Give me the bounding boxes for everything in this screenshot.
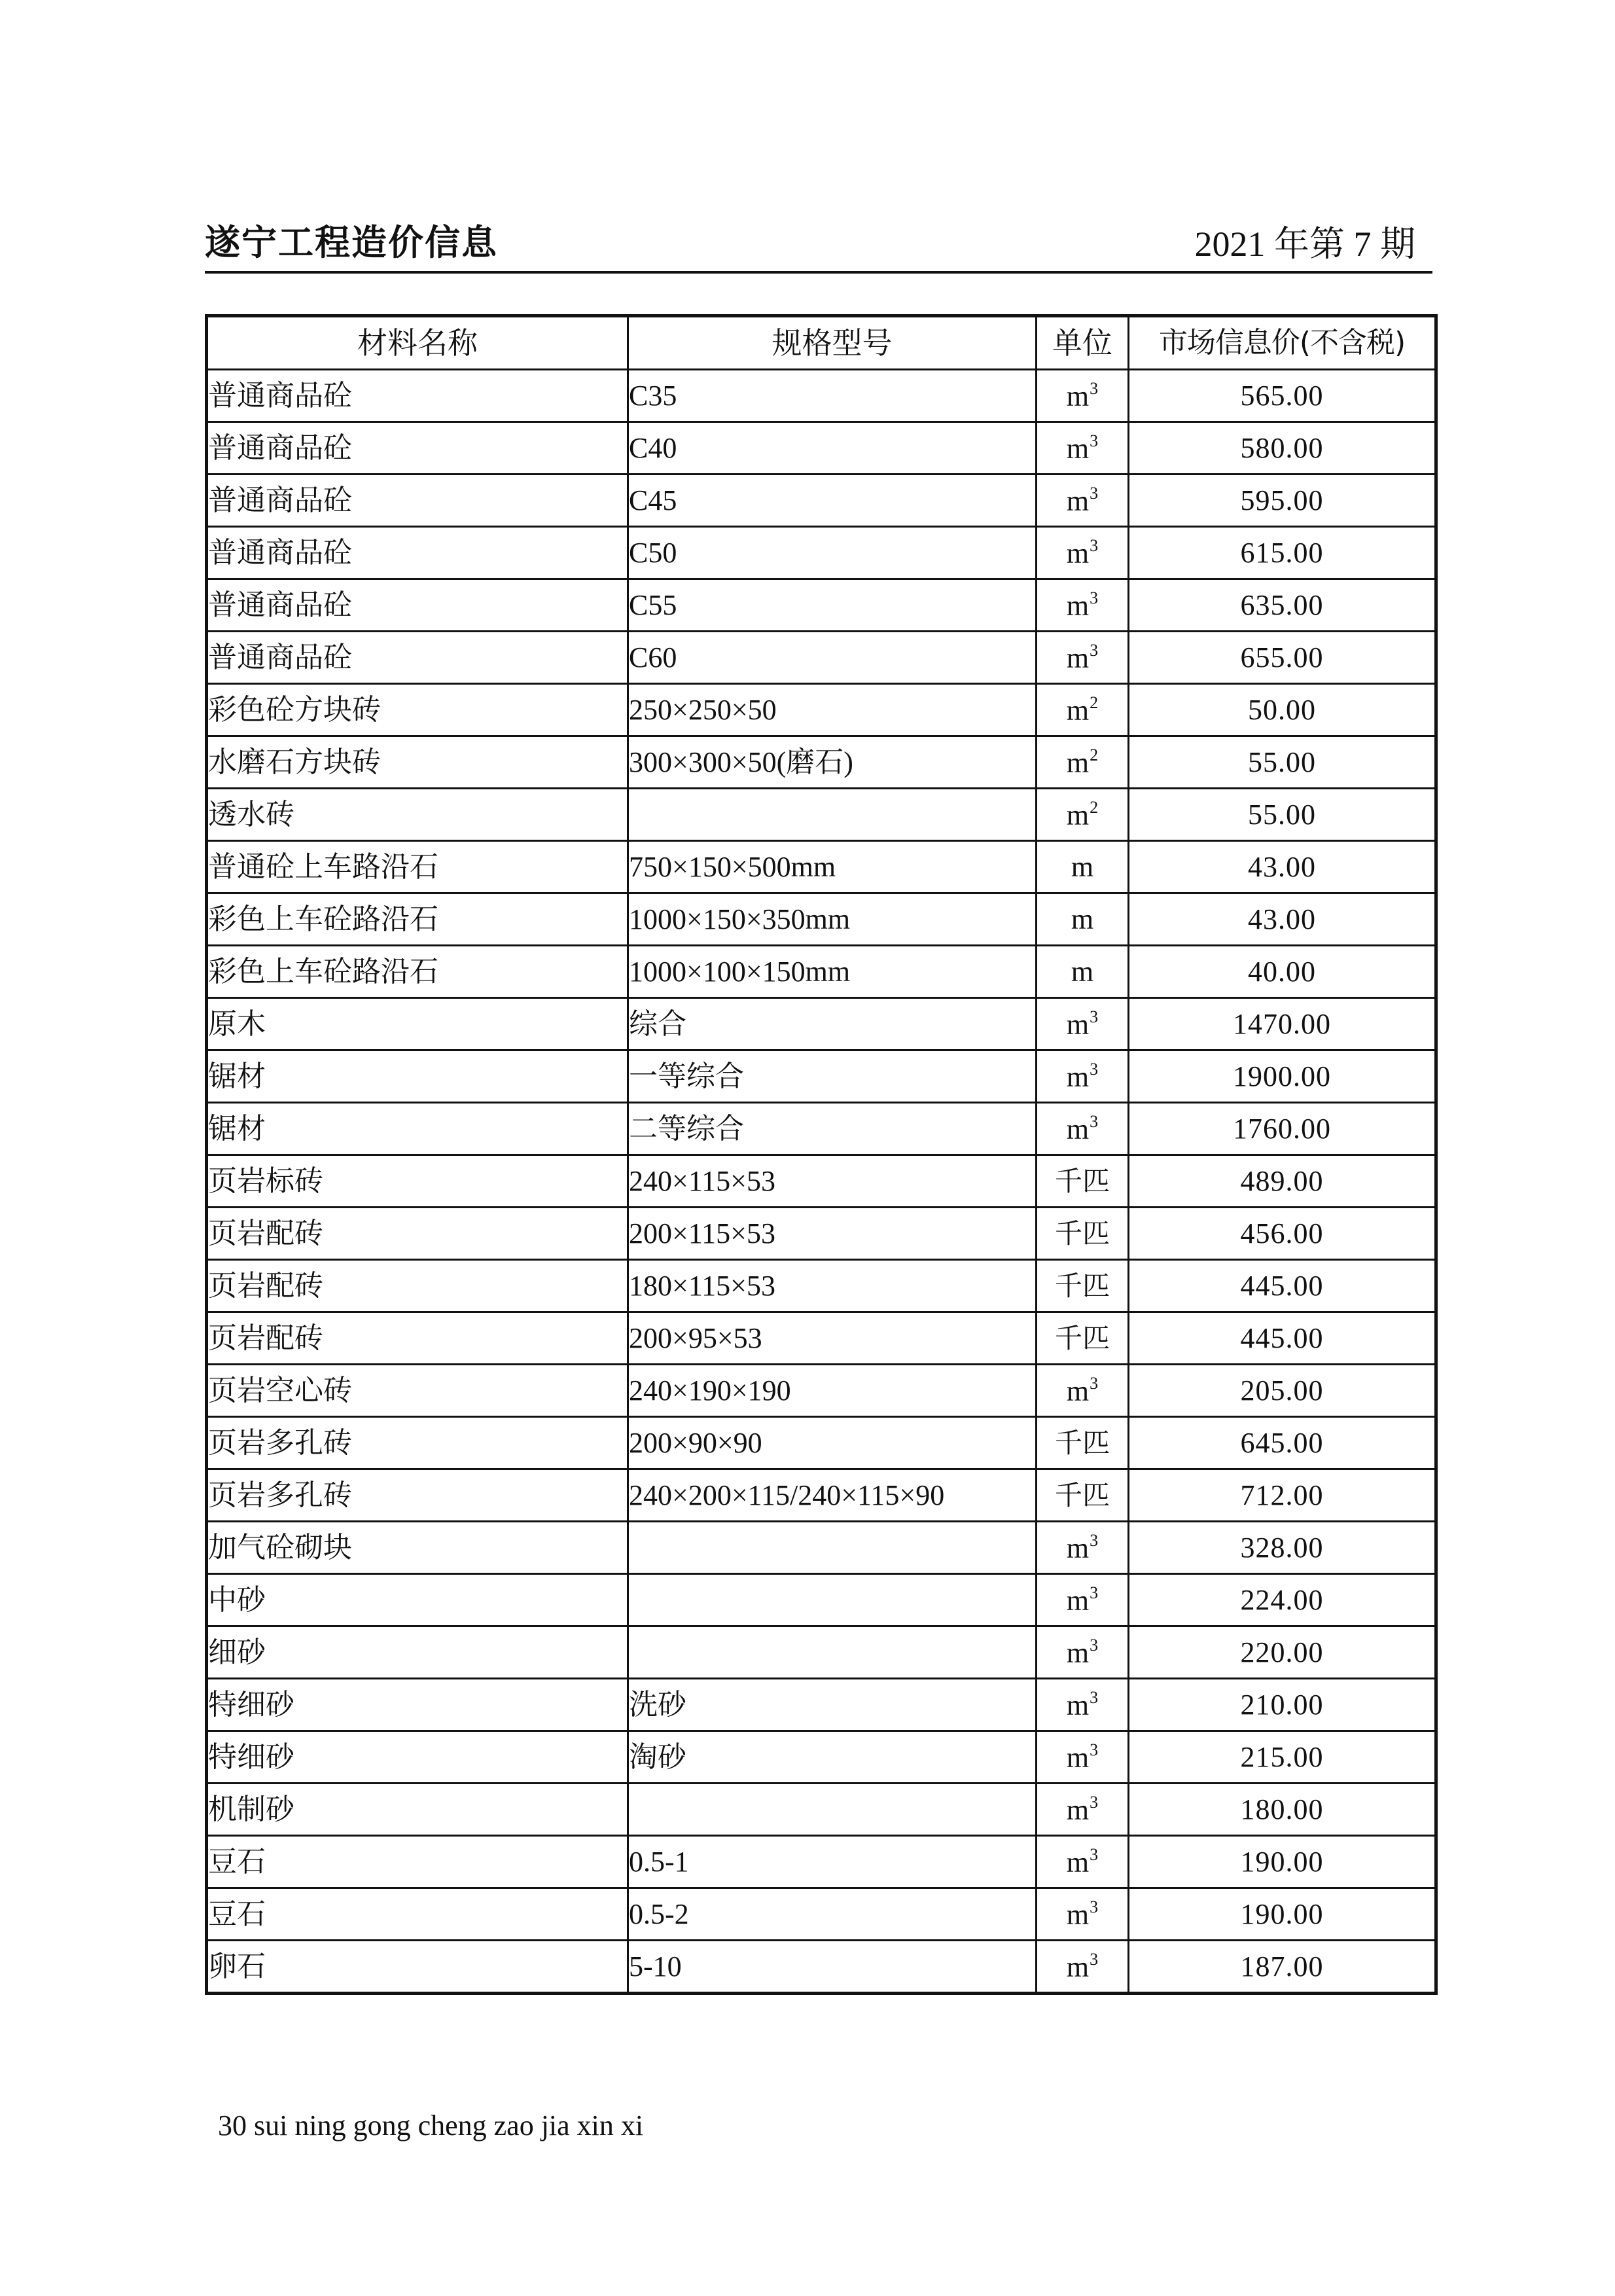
- table-row: 页岩多孔砖200×90×90千匹645.00: [207, 1417, 1436, 1469]
- unit-exponent: 3: [1090, 1374, 1098, 1393]
- table-row: 细砂m3220.00: [207, 1626, 1436, 1679]
- material-name-cell: 页岩多孔砖: [207, 1469, 628, 1522]
- material-name-cell: 页岩配砖: [207, 1312, 628, 1365]
- unit-exponent: 3: [1090, 1740, 1098, 1759]
- unit-exponent: 3: [1090, 1793, 1098, 1812]
- material-name-cell: 细砂: [207, 1626, 628, 1679]
- price-cell: 445.00: [1129, 1260, 1436, 1312]
- unit-cell: m3: [1037, 1784, 1129, 1836]
- table-row: 普通商品砼C45m3595.00: [207, 475, 1436, 527]
- unit-cell: m: [1037, 893, 1129, 946]
- spec-cell: C35: [628, 370, 1037, 422]
- unit-base: m: [1067, 642, 1089, 674]
- unit-exponent: 3: [1090, 536, 1098, 555]
- material-name-cell: 页岩配砖: [207, 1208, 628, 1260]
- material-name-cell: 特细砂: [207, 1731, 628, 1784]
- spec-cell: 750×150×500mm: [628, 841, 1037, 893]
- spec-cell: C40: [628, 422, 1037, 475]
- spec-cell: 240×115×53: [628, 1155, 1037, 1208]
- unit-cell: m3: [1037, 998, 1129, 1050]
- table-row: 普通商品砼C60m3655.00: [207, 632, 1436, 684]
- table-row: 透水砖m255.00: [207, 789, 1436, 841]
- unit-cell: 千匹: [1037, 1208, 1129, 1260]
- material-name-cell: 透水砖: [207, 789, 628, 841]
- table-row: 豆石0.5-1m3190.00: [207, 1836, 1436, 1888]
- unit-cell: 千匹: [1037, 1155, 1129, 1208]
- unit-base: m: [1067, 590, 1089, 622]
- unit-base: m: [1067, 1846, 1089, 1878]
- material-name-cell: 加气砼砌块: [207, 1522, 628, 1574]
- table-row: 锯材二等综合m31760.00: [207, 1103, 1436, 1155]
- price-cell: 43.00: [1129, 893, 1436, 946]
- price-cell: 55.00: [1129, 789, 1436, 841]
- price-cell: 190.00: [1129, 1836, 1436, 1888]
- spec-cell: 二等综合: [628, 1103, 1037, 1155]
- price-cell: 1760.00: [1129, 1103, 1436, 1155]
- table-row: 彩色上车砼路沿石1000×150×350mmm43.00: [207, 893, 1436, 946]
- spec-cell: 综合: [628, 998, 1037, 1050]
- price-cell: 43.00: [1129, 841, 1436, 893]
- unit-cell: m3: [1037, 370, 1129, 422]
- price-cell: 190.00: [1129, 1888, 1436, 1941]
- material-name-cell: 页岩配砖: [207, 1260, 628, 1312]
- table-row: 豆石0.5-2m3190.00: [207, 1888, 1436, 1941]
- unit-exponent: 3: [1090, 588, 1098, 607]
- material-name-cell: 普通商品砼: [207, 422, 628, 475]
- material-name-cell: 页岩多孔砖: [207, 1417, 628, 1469]
- unit-base: m: [1067, 799, 1089, 831]
- unit-cell: m3: [1037, 1050, 1129, 1103]
- table-row: 卵石5-10m3187.00: [207, 1941, 1436, 1994]
- unit-exponent: 3: [1090, 1688, 1098, 1707]
- price-cell: 180.00: [1129, 1784, 1436, 1836]
- spec-cell: [628, 1522, 1037, 1574]
- unit-base: m: [1067, 1899, 1089, 1931]
- price-cell: 712.00: [1129, 1469, 1436, 1522]
- material-name-cell: 彩色砼方块砖: [207, 684, 628, 736]
- unit-cell: m3: [1037, 1888, 1129, 1941]
- issue-label: 2021 年第 7 期: [1195, 216, 1416, 266]
- spec-cell: 300×300×50(磨石): [628, 736, 1037, 789]
- material-name-cell: 普通商品砼: [207, 527, 628, 579]
- material-name-cell: 豆石: [207, 1836, 628, 1888]
- column-header-spec: 规格型号: [628, 316, 1037, 370]
- unit-cell: m3: [1037, 1836, 1129, 1888]
- unit-cell: m: [1037, 841, 1129, 893]
- unit-cell: m3: [1037, 1522, 1129, 1574]
- unit-exponent: 3: [1090, 379, 1098, 398]
- unit-cell: m3: [1037, 632, 1129, 684]
- price-cell: 580.00: [1129, 422, 1436, 475]
- unit-cell: m3: [1037, 1679, 1129, 1731]
- unit-cell: m3: [1037, 1626, 1129, 1679]
- spec-cell: C50: [628, 527, 1037, 579]
- unit-exponent: 3: [1090, 1007, 1098, 1026]
- price-cell: 224.00: [1129, 1574, 1436, 1626]
- unit-exponent: 3: [1090, 1112, 1098, 1131]
- spec-cell: C55: [628, 579, 1037, 632]
- unit-cell: 千匹: [1037, 1260, 1129, 1312]
- unit-base: m: [1067, 1009, 1089, 1041]
- unit-exponent: 2: [1090, 798, 1098, 817]
- table-row: 普通砼上车路沿石750×150×500mmm43.00: [207, 841, 1436, 893]
- material-name-cell: 锯材: [207, 1103, 628, 1155]
- unit-cell: m3: [1037, 1731, 1129, 1784]
- spec-cell: [628, 1574, 1037, 1626]
- price-cell: 215.00: [1129, 1731, 1436, 1784]
- spec-cell: 洗砂: [628, 1679, 1037, 1731]
- unit-base: m: [1067, 694, 1089, 726]
- spec-cell: C45: [628, 475, 1037, 527]
- spec-cell: [628, 1626, 1037, 1679]
- price-cell: 187.00: [1129, 1941, 1436, 1994]
- price-cell: 645.00: [1129, 1417, 1436, 1469]
- table-row: 特细砂洗砂m3210.00: [207, 1679, 1436, 1731]
- spec-cell: 1000×150×350mm: [628, 893, 1037, 946]
- unit-cell: m: [1037, 946, 1129, 998]
- price-cell: 595.00: [1129, 475, 1436, 527]
- unit-cell: m3: [1037, 475, 1129, 527]
- table-row: 加气砼砌块m3328.00: [207, 1522, 1436, 1574]
- table-row: 页岩空心砖240×190×190m3205.00: [207, 1365, 1436, 1417]
- unit-base: m: [1067, 1532, 1089, 1564]
- table-row: 中砂m3224.00: [207, 1574, 1436, 1626]
- table-row: 普通商品砼C50m3615.00: [207, 527, 1436, 579]
- price-cell: 489.00: [1129, 1155, 1436, 1208]
- table-row: 普通商品砼C35m3565.00: [207, 370, 1436, 422]
- unit-base: m: [1067, 1375, 1089, 1407]
- unit-base: m: [1071, 956, 1093, 988]
- unit-exponent: 3: [1090, 1845, 1098, 1864]
- price-cell: 1470.00: [1129, 998, 1436, 1050]
- material-name-cell: 水磨石方块砖: [207, 736, 628, 789]
- unit-exponent: 2: [1090, 745, 1098, 764]
- price-cell: 445.00: [1129, 1312, 1436, 1365]
- unit-base: m: [1067, 1742, 1089, 1774]
- column-header-name: 材料名称: [207, 316, 628, 370]
- material-name-cell: 页岩标砖: [207, 1155, 628, 1208]
- price-cell: 205.00: [1129, 1365, 1436, 1417]
- unit-exponent: 2: [1090, 693, 1098, 712]
- unit-base: m: [1067, 1637, 1089, 1669]
- material-name-cell: 原木: [207, 998, 628, 1050]
- material-name-cell: 中砂: [207, 1574, 628, 1626]
- unit-cell: m2: [1037, 684, 1129, 736]
- unit-cell: m3: [1037, 1941, 1129, 1994]
- spec-cell: [628, 789, 1037, 841]
- unit-cell: 千匹: [1037, 1469, 1129, 1522]
- table-header-row: 材料名称 规格型号 单位 市场信息价(不含税): [207, 316, 1436, 370]
- price-cell: 55.00: [1129, 736, 1436, 789]
- material-name-cell: 特细砂: [207, 1679, 628, 1731]
- unit-exponent: 3: [1090, 1636, 1098, 1655]
- table-row: 页岩多孔砖240×200×115/240×115×90千匹712.00: [207, 1469, 1436, 1522]
- table-row: 彩色上车砼路沿石1000×100×150mmm40.00: [207, 946, 1436, 998]
- unit-cell: m3: [1037, 579, 1129, 632]
- unit-base: m: [1067, 1585, 1089, 1617]
- spec-cell: 240×190×190: [628, 1365, 1037, 1417]
- unit-base: m: [1067, 1794, 1089, 1826]
- price-cell: 40.00: [1129, 946, 1436, 998]
- material-name-cell: 豆石: [207, 1888, 628, 1941]
- unit-cell: 千匹: [1037, 1312, 1129, 1365]
- unit-base: m: [1067, 1061, 1089, 1093]
- material-name-cell: 彩色上车砼路沿石: [207, 893, 628, 946]
- price-cell: 655.00: [1129, 632, 1436, 684]
- price-cell: 635.00: [1129, 579, 1436, 632]
- unit-exponent: 3: [1090, 641, 1098, 660]
- table-row: 页岩配砖200×115×53千匹456.00: [207, 1208, 1436, 1260]
- unit-cell: m3: [1037, 422, 1129, 475]
- spec-cell: 240×200×115/240×115×90: [628, 1469, 1037, 1522]
- price-cell: 220.00: [1129, 1626, 1436, 1679]
- unit-exponent: 3: [1090, 1897, 1098, 1916]
- material-name-cell: 机制砂: [207, 1784, 628, 1836]
- unit-base: 千匹: [1055, 1217, 1110, 1249]
- material-name-cell: 锯材: [207, 1050, 628, 1103]
- unit-base: m: [1067, 1951, 1089, 1983]
- spec-cell: 0.5-2: [628, 1888, 1037, 1941]
- table-row: 页岩配砖180×115×53千匹445.00: [207, 1260, 1436, 1312]
- unit-base: 千匹: [1055, 1270, 1110, 1302]
- table-row: 页岩配砖200×95×53千匹445.00: [207, 1312, 1436, 1365]
- table-row: 特细砂淘砂m3215.00: [207, 1731, 1436, 1784]
- table-row: 原木综合m31470.00: [207, 998, 1436, 1050]
- price-cell: 50.00: [1129, 684, 1436, 736]
- material-price-table: 材料名称 规格型号 单位 市场信息价(不含税) 普通商品砼C35m3565.00…: [205, 314, 1438, 1995]
- spec-cell: 180×115×53: [628, 1260, 1037, 1312]
- price-cell: 1900.00: [1129, 1050, 1436, 1103]
- page-footer: 30 sui ning gong cheng zao jia xin xi: [218, 2109, 643, 2142]
- unit-base: m: [1067, 380, 1089, 412]
- table-row: 普通商品砼C55m3635.00: [207, 579, 1436, 632]
- unit-base: 千匹: [1055, 1427, 1110, 1459]
- spec-cell: 200×95×53: [628, 1312, 1037, 1365]
- price-cell: 615.00: [1129, 527, 1436, 579]
- material-name-cell: 普通商品砼: [207, 370, 628, 422]
- price-cell: 565.00: [1129, 370, 1436, 422]
- unit-cell: m2: [1037, 736, 1129, 789]
- price-cell: 456.00: [1129, 1208, 1436, 1260]
- unit-base: m: [1067, 747, 1089, 779]
- unit-base: m: [1067, 1689, 1089, 1721]
- material-name-cell: 卵石: [207, 1941, 628, 1994]
- unit-base: 千匹: [1055, 1165, 1110, 1197]
- material-name-cell: 彩色上车砼路沿石: [207, 946, 628, 998]
- spec-cell: 250×250×50: [628, 684, 1037, 736]
- material-name-cell: 普通商品砼: [207, 579, 628, 632]
- spec-cell: 5-10: [628, 1941, 1037, 1994]
- unit-cell: m2: [1037, 789, 1129, 841]
- spec-cell: 一等综合: [628, 1050, 1037, 1103]
- column-header-price: 市场信息价(不含税): [1129, 316, 1436, 370]
- unit-exponent: 3: [1090, 1950, 1098, 1969]
- material-name-cell: 普通砼上车路沿石: [207, 841, 628, 893]
- unit-base: m: [1067, 1113, 1089, 1145]
- table-row: 普通商品砼C40m3580.00: [207, 422, 1436, 475]
- unit-exponent: 3: [1090, 1060, 1098, 1079]
- table-row: 锯材一等综合m31900.00: [207, 1050, 1436, 1103]
- spec-cell: 0.5-1: [628, 1836, 1037, 1888]
- publication-title: 遂宁工程造价信息: [205, 215, 498, 265]
- page-header: 遂宁工程造价信息 2021 年第 7 期: [205, 208, 1432, 274]
- unit-cell: 千匹: [1037, 1417, 1129, 1469]
- spec-cell: [628, 1784, 1037, 1836]
- unit-exponent: 3: [1090, 1531, 1098, 1550]
- material-name-cell: 普通商品砼: [207, 632, 628, 684]
- unit-base: m: [1067, 485, 1089, 517]
- spec-cell: 200×115×53: [628, 1208, 1037, 1260]
- unit-cell: m3: [1037, 527, 1129, 579]
- material-name-cell: 普通商品砼: [207, 475, 628, 527]
- spec-cell: 1000×100×150mm: [628, 946, 1037, 998]
- material-name-cell: 页岩空心砖: [207, 1365, 628, 1417]
- spec-cell: 淘砂: [628, 1731, 1037, 1784]
- table-row: 机制砂m3180.00: [207, 1784, 1436, 1836]
- unit-base: m: [1067, 433, 1089, 465]
- spec-cell: 200×90×90: [628, 1417, 1037, 1469]
- price-cell: 210.00: [1129, 1679, 1436, 1731]
- unit-base: 千匹: [1055, 1479, 1110, 1511]
- table-row: 页岩标砖240×115×53千匹489.00: [207, 1155, 1436, 1208]
- unit-exponent: 3: [1090, 1583, 1098, 1602]
- unit-cell: m3: [1037, 1574, 1129, 1626]
- price-cell: 328.00: [1129, 1522, 1436, 1574]
- unit-base: m: [1071, 851, 1093, 883]
- table-body: 普通商品砼C35m3565.00普通商品砼C40m3580.00普通商品砼C45…: [207, 370, 1436, 1994]
- unit-exponent: 3: [1090, 484, 1098, 503]
- unit-base: m: [1067, 537, 1089, 569]
- unit-cell: m3: [1037, 1103, 1129, 1155]
- unit-exponent: 3: [1090, 431, 1098, 450]
- unit-base: m: [1071, 903, 1093, 935]
- column-header-unit: 单位: [1037, 316, 1129, 370]
- spec-cell: C60: [628, 632, 1037, 684]
- table-row: 水磨石方块砖300×300×50(磨石)m255.00: [207, 736, 1436, 789]
- unit-cell: m3: [1037, 1365, 1129, 1417]
- table-row: 彩色砼方块砖250×250×50m250.00: [207, 684, 1436, 736]
- unit-base: 千匹: [1055, 1322, 1110, 1354]
